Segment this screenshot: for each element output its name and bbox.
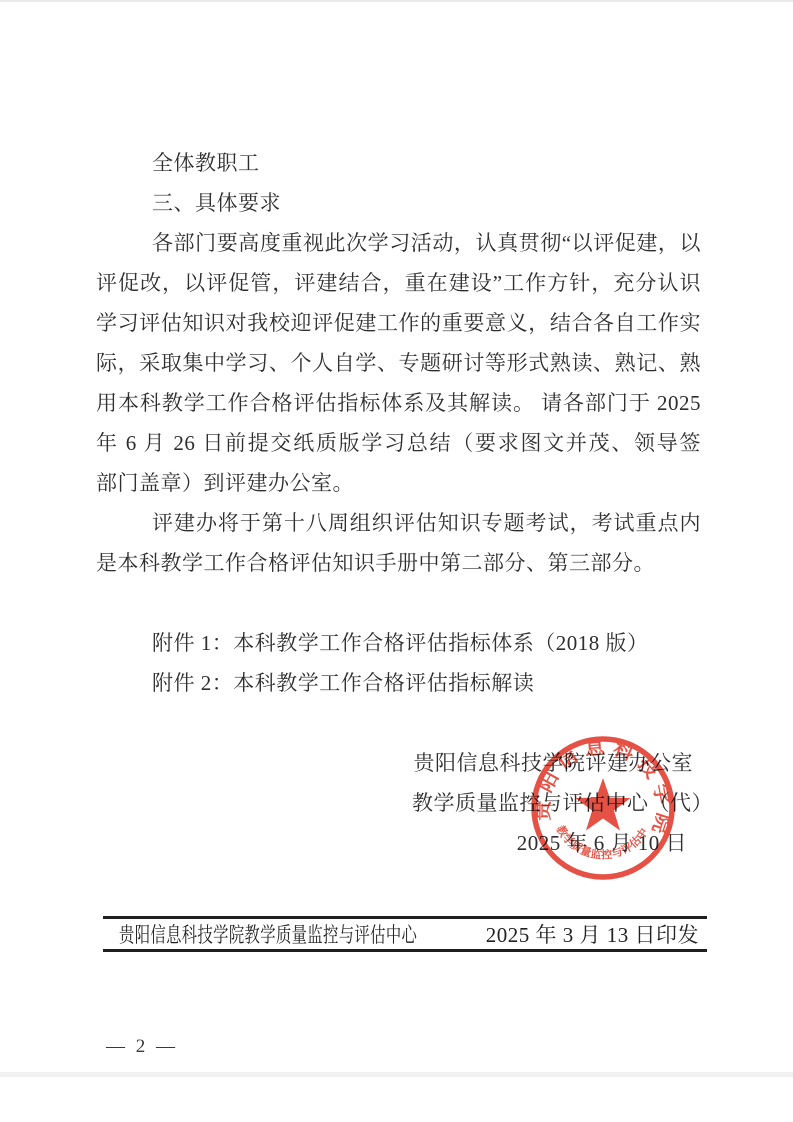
footer-issuer: 贵阳信息科技学院教学质量监控与评估中心 <box>119 919 417 952</box>
signature-org-line-2: 教学质量监控与评估中心（代） <box>96 783 713 823</box>
body-line: 评建办将于第十八周组织评估知识专题考试，考试重点内容 <box>96 503 701 543</box>
body-line: 学习评估知识对我校迎评促建工作的重要意义，结合各自工作实 <box>96 303 701 343</box>
footer-issue-date: 2025 年 3 月 13 日印发 <box>486 919 699 952</box>
signature-date: 2025 年 6 月 10 日 <box>96 823 701 863</box>
scan-edge-artifact-top <box>0 0 793 2</box>
document-page: 全体教职工 三、具体要求 各部门要高度重视此次学习活动，认真贯彻“以评促建，以 … <box>0 0 793 1122</box>
scan-edge-artifact-bottom <box>0 1072 793 1077</box>
page-number: — 2 — <box>106 1036 178 1058</box>
body-line: 部门盖章）到评建办公室。 <box>96 463 701 503</box>
signature-org-line-1: 贵阳信息科技学院评建办公室 <box>96 743 701 783</box>
body-line: 年 6 月 26 日前提交纸质版学习总结（要求图文并茂、领导签字、 <box>96 423 701 463</box>
body-line: 各部门要高度重视此次学习活动，认真贯彻“以评促建，以 <box>96 223 701 263</box>
body-line: 全体教职工 <box>96 143 701 183</box>
body-line: 际，采取集中学习、个人自学、专题研讨等形式熟读、熟记、熟 <box>96 343 701 383</box>
body-text: 全体教职工 三、具体要求 各部门要高度重视此次学习活动，认真贯彻“以评促建，以 … <box>96 143 701 863</box>
body-line: 是本科教学工作合格评估知识手册中第二部分、第三部分。 <box>96 543 701 583</box>
footer-bar: 贵阳信息科技学院教学质量监控与评估中心 2025 年 3 月 13 日印发 <box>103 916 707 952</box>
body-line: 用本科教学工作合格评估指标体系及其解读。 请各部门于 2025 <box>96 383 701 423</box>
attachment-line-1: 附件 1：本科教学工作合格评估指标体系（2018 版） <box>96 623 701 663</box>
body-line: 评促改，以评促管，评建结合，重在建设”工作方针，充分认识 <box>96 263 701 303</box>
body-line: 三、具体要求 <box>96 183 701 223</box>
attachment-line-2: 附件 2：本科教学工作合格评估指标解读 <box>96 663 701 703</box>
